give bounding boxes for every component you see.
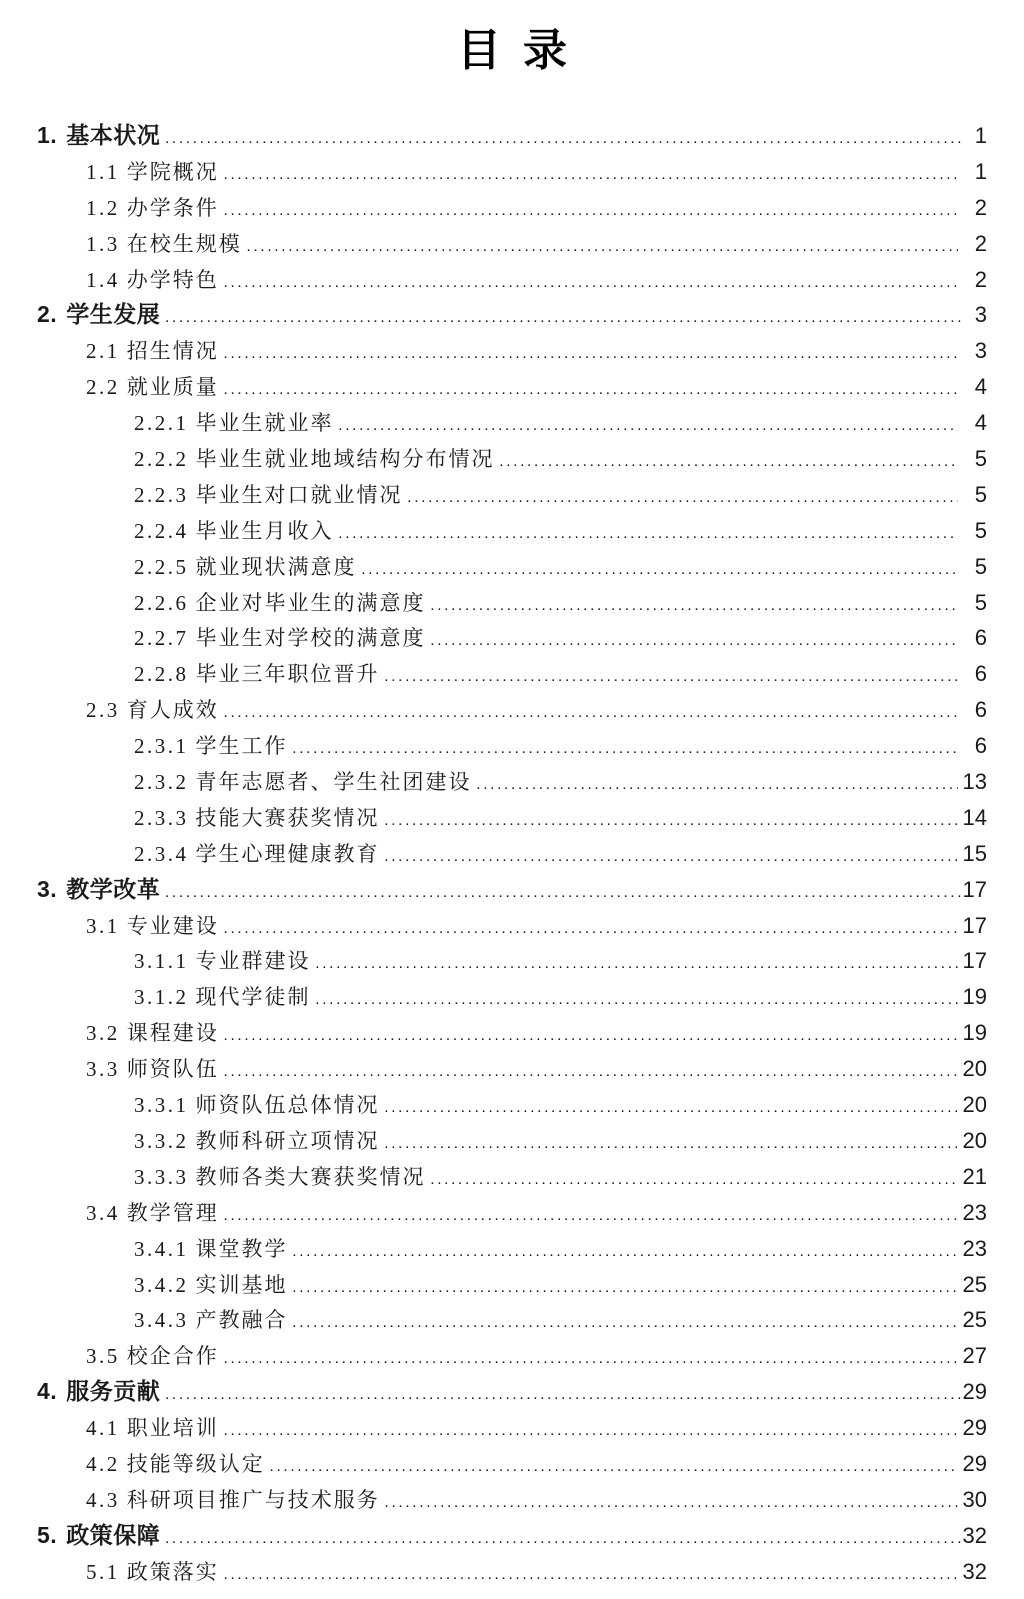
toc-entry-number: 3.3 bbox=[86, 1052, 120, 1088]
toc-entry[interactable]: 2.1 招生情况 3 bbox=[37, 333, 987, 369]
toc-entry[interactable]: 2.2.1 毕业生就业率 4 bbox=[37, 405, 987, 441]
dot-leader bbox=[165, 122, 962, 158]
toc-entry[interactable]: 5. 政策保障 32 bbox=[37, 1518, 987, 1554]
toc-entry[interactable]: 3.4.3 产教融合 25 bbox=[37, 1302, 987, 1338]
dot-leader bbox=[165, 876, 961, 912]
dot-leader bbox=[293, 1235, 958, 1271]
toc-entry-title: 毕业三年职位晋升 bbox=[196, 657, 380, 693]
toc-entry[interactable]: 2.3.3 技能大赛获奖情况 14 bbox=[37, 800, 987, 836]
dot-leader bbox=[431, 624, 959, 660]
dot-leader bbox=[431, 1163, 958, 1199]
toc-entry-page: 5 bbox=[963, 441, 987, 477]
toc-entry-title: 育人成效 bbox=[127, 693, 219, 729]
toc-entry-title: 毕业生月收入 bbox=[196, 514, 334, 550]
toc-entry-title: 毕业生对学校的满意度 bbox=[196, 621, 426, 657]
dot-leader bbox=[408, 481, 959, 517]
dot-leader bbox=[316, 983, 958, 1019]
toc-entry[interactable]: 3.2 课程建设 19 bbox=[37, 1015, 987, 1051]
toc-entry-number: 2.3.1 bbox=[134, 729, 189, 765]
toc-entry-number: 4. bbox=[37, 1374, 57, 1410]
toc-entry[interactable]: 4.2 技能等级认定 29 bbox=[37, 1446, 987, 1482]
document-page: { "title": "目 录", "colors": { "backgroun… bbox=[0, 0, 1024, 1599]
toc-entry-title: 学生工作 bbox=[196, 729, 288, 765]
dot-leader bbox=[224, 158, 958, 194]
toc-entry-number: 1.4 bbox=[86, 263, 120, 299]
toc-entry-title: 校企合作 bbox=[127, 1339, 219, 1375]
toc-entry[interactable]: 2.2 就业质量 4 bbox=[37, 369, 987, 405]
dot-leader bbox=[385, 804, 958, 840]
toc-entry-number: 2.2.6 bbox=[134, 586, 189, 622]
dot-leader bbox=[293, 1271, 958, 1307]
toc-entry[interactable]: 1. 基本状况 1 bbox=[37, 118, 987, 154]
toc-entry-title: 政策落实 bbox=[127, 1555, 219, 1591]
toc-entry-page: 6 bbox=[963, 620, 987, 656]
dot-leader bbox=[224, 1558, 958, 1594]
toc-entry-number: 2.2.8 bbox=[134, 657, 189, 693]
dot-leader bbox=[224, 373, 958, 409]
dot-leader bbox=[293, 1306, 958, 1342]
toc-entry-page: 3 bbox=[963, 297, 987, 333]
toc-entry[interactable]: 2. 学生发展 3 bbox=[37, 297, 987, 333]
toc-entry-page: 32 bbox=[963, 1554, 987, 1590]
toc-entry-title: 课程建设 bbox=[127, 1016, 219, 1052]
toc-entry-page: 25 bbox=[963, 1267, 987, 1303]
toc-entry[interactable]: 3.4.1 课堂教学 23 bbox=[37, 1231, 987, 1267]
toc-entry-page: 19 bbox=[963, 979, 987, 1015]
toc-entry[interactable]: 3.3.2 教师科研立项情况 20 bbox=[37, 1123, 987, 1159]
toc-entry-page: 6 bbox=[963, 728, 987, 764]
toc-entry-title: 就业现状满意度 bbox=[196, 550, 357, 586]
toc-entry[interactable]: 3.1 专业建设 17 bbox=[37, 908, 987, 944]
dot-leader bbox=[224, 337, 958, 373]
toc-entry-page: 2 bbox=[963, 226, 987, 262]
toc-entry-number: 2.3.4 bbox=[134, 837, 189, 873]
toc-entry-number: 3. bbox=[37, 872, 57, 908]
dot-leader bbox=[431, 589, 959, 625]
toc-entry-page: 14 bbox=[963, 800, 987, 836]
dot-leader bbox=[224, 266, 958, 302]
toc-entry-page: 5 bbox=[963, 513, 987, 549]
toc-entry-title: 专业群建设 bbox=[196, 944, 311, 980]
toc-entry-title: 实训基地 bbox=[196, 1268, 288, 1304]
toc-entry[interactable]: 3.4 教学管理 23 bbox=[37, 1195, 987, 1231]
dot-leader bbox=[293, 732, 959, 768]
toc-entry-page: 20 bbox=[963, 1123, 987, 1159]
toc-entry[interactable]: 3.5 校企合作 27 bbox=[37, 1338, 987, 1374]
toc-entry-title: 企业对毕业生的满意度 bbox=[196, 586, 426, 622]
dot-leader bbox=[224, 194, 958, 230]
toc-entry-number: 3.1.2 bbox=[134, 980, 189, 1016]
toc-entry-number: 2.2.7 bbox=[134, 621, 189, 657]
dot-leader bbox=[224, 1342, 958, 1378]
toc-list: 1. 基本状况 1 1.1 学院概况 1 1.2 办学条件 2 1.3 在校生规… bbox=[37, 118, 987, 1590]
toc-entry-page: 27 bbox=[963, 1338, 987, 1374]
toc-entry-number: 4.1 bbox=[86, 1411, 120, 1447]
toc-entry-title: 教学管理 bbox=[127, 1196, 219, 1232]
toc-entry-page: 32 bbox=[963, 1518, 987, 1554]
toc-entry-title: 产教融合 bbox=[196, 1303, 288, 1339]
toc-entry[interactable]: 4. 服务贡献 29 bbox=[37, 1374, 987, 1410]
toc-entry-title: 办学条件 bbox=[127, 191, 219, 227]
toc-entry-page: 29 bbox=[963, 1374, 987, 1410]
toc-entry-page: 6 bbox=[963, 656, 987, 692]
toc-entry-title: 学生发展 bbox=[66, 297, 160, 333]
toc-entry-number: 1.3 bbox=[86, 227, 120, 263]
dot-leader bbox=[224, 912, 958, 948]
toc-entry-title: 专业建设 bbox=[127, 909, 219, 945]
toc-entry[interactable]: 4.3 科研项目推广与技术服务 30 bbox=[37, 1482, 987, 1518]
toc-entry-page: 29 bbox=[963, 1446, 987, 1482]
toc-entry[interactable]: 2.2.3 毕业生对口就业情况 5 bbox=[37, 477, 987, 513]
page-title: 目 录 bbox=[37, 22, 987, 80]
toc-entry[interactable]: 2.2.7 毕业生对学校的满意度 6 bbox=[37, 620, 987, 656]
toc-entry-number: 1.1 bbox=[86, 155, 120, 191]
toc-entry-page: 5 bbox=[963, 477, 987, 513]
toc-entry[interactable]: 1.2 办学条件 2 bbox=[37, 190, 987, 226]
toc-entry-page: 6 bbox=[963, 692, 987, 728]
dot-leader bbox=[385, 660, 959, 696]
toc-entry-title: 毕业生就业率 bbox=[196, 406, 334, 442]
toc-entry[interactable]: 3. 教学改革 17 bbox=[37, 872, 987, 908]
toc-entry-number: 3.4.3 bbox=[134, 1303, 189, 1339]
toc-entry-number: 2.3.2 bbox=[134, 765, 189, 801]
toc-entry-page: 3 bbox=[963, 333, 987, 369]
toc-page: 目 录 1. 基本状况 1 1.1 学院概况 1 1.2 办学条件 2 1.3 … bbox=[0, 0, 1024, 1599]
toc-entry-title: 招生情况 bbox=[127, 334, 219, 370]
toc-entry[interactable]: 2.2.4 毕业生月收入 5 bbox=[37, 513, 987, 549]
toc-entry-title: 科研项目推广与技术服务 bbox=[127, 1483, 380, 1519]
dot-leader bbox=[247, 230, 958, 266]
toc-entry-number: 2.2 bbox=[86, 370, 120, 406]
toc-entry-page: 30 bbox=[963, 1482, 987, 1518]
dot-leader bbox=[362, 553, 959, 589]
toc-entry-page: 1 bbox=[963, 154, 987, 190]
toc-entry-number: 3.4.2 bbox=[134, 1268, 189, 1304]
toc-entry-title: 课堂教学 bbox=[196, 1232, 288, 1268]
dot-leader bbox=[224, 1414, 958, 1450]
toc-entry-page: 19 bbox=[963, 1015, 987, 1051]
toc-entry[interactable]: 2.3.1 学生工作 6 bbox=[37, 728, 987, 764]
dot-leader bbox=[385, 1486, 958, 1522]
toc-entry-title: 就业质量 bbox=[127, 370, 219, 406]
toc-entry-page: 21 bbox=[963, 1159, 987, 1195]
toc-entry[interactable]: 5.1 政策落实 32 bbox=[37, 1554, 987, 1590]
toc-entry[interactable]: 3.4.2 实训基地 25 bbox=[37, 1267, 987, 1303]
toc-entry[interactable]: 3.1.1 专业群建设 17 bbox=[37, 943, 987, 979]
toc-entry-number: 3.4 bbox=[86, 1196, 120, 1232]
toc-entry-page: 23 bbox=[963, 1195, 987, 1231]
dot-leader bbox=[500, 445, 959, 481]
toc-entry-title: 现代学徒制 bbox=[196, 980, 311, 1016]
toc-entry[interactable]: 2.2.2 毕业生就业地域结构分布情况 5 bbox=[37, 441, 987, 477]
toc-entry[interactable]: 3.3.3 教师各类大赛获奖情况 21 bbox=[37, 1159, 987, 1195]
toc-entry[interactable]: 2.2.5 就业现状满意度 5 bbox=[37, 549, 987, 585]
toc-entry-page: 17 bbox=[963, 943, 987, 979]
toc-entry-page: 5 bbox=[963, 585, 987, 621]
toc-entry-title: 教学改革 bbox=[66, 872, 160, 908]
toc-entry[interactable]: 2.3.4 学生心理健康教育 15 bbox=[37, 836, 987, 872]
toc-entry-number: 3.1 bbox=[86, 909, 120, 945]
toc-entry-number: 2.2.1 bbox=[134, 406, 189, 442]
toc-entry-title: 职业培训 bbox=[127, 1411, 219, 1447]
toc-entry-title: 师资队伍总体情况 bbox=[196, 1088, 380, 1124]
dot-leader bbox=[477, 768, 958, 804]
toc-entry-page: 25 bbox=[963, 1302, 987, 1338]
toc-entry-page: 23 bbox=[963, 1231, 987, 1267]
toc-entry-number: 3.3.3 bbox=[134, 1160, 189, 1196]
toc-entry[interactable]: 1.4 办学特色 2 bbox=[37, 262, 987, 298]
toc-entry[interactable]: 2.2.6 企业对毕业生的满意度 5 bbox=[37, 585, 987, 621]
dot-leader bbox=[339, 409, 959, 445]
toc-entry-title: 教师科研立项情况 bbox=[196, 1124, 380, 1160]
toc-entry-page: 17 bbox=[963, 872, 987, 908]
toc-entry-page: 4 bbox=[963, 405, 987, 441]
toc-entry-page: 5 bbox=[963, 549, 987, 585]
toc-entry-title: 政策保障 bbox=[66, 1518, 160, 1554]
toc-entry-title: 基本状况 bbox=[66, 118, 160, 154]
dot-leader bbox=[385, 1091, 958, 1127]
toc-entry[interactable]: 1.1 学院概况 1 bbox=[37, 154, 987, 190]
toc-entry[interactable]: 2.3 育人成效 6 bbox=[37, 692, 987, 728]
toc-entry-title: 师资队伍 bbox=[127, 1052, 219, 1088]
toc-entry-number: 3.2 bbox=[86, 1016, 120, 1052]
toc-entry-page: 29 bbox=[963, 1410, 987, 1446]
toc-entry-title: 毕业生对口就业情况 bbox=[196, 478, 403, 514]
toc-entry-number: 4.3 bbox=[86, 1483, 120, 1519]
toc-entry[interactable]: 4.1 职业培训 29 bbox=[37, 1410, 987, 1446]
dot-leader bbox=[316, 947, 958, 983]
toc-entry-number: 3.5 bbox=[86, 1339, 120, 1375]
toc-entry-page: 1 bbox=[963, 118, 987, 154]
dot-leader bbox=[270, 1450, 958, 1486]
toc-entry-number: 2.3.3 bbox=[134, 801, 189, 837]
toc-entry-number: 5.1 bbox=[86, 1555, 120, 1591]
dot-leader bbox=[385, 840, 958, 876]
toc-entry-number: 1. bbox=[37, 118, 57, 154]
toc-entry-number: 1.2 bbox=[86, 191, 120, 227]
toc-entry-number: 2.3 bbox=[86, 693, 120, 729]
toc-entry-number: 3.4.1 bbox=[134, 1232, 189, 1268]
toc-entry[interactable]: 3.1.2 现代学徒制 19 bbox=[37, 979, 987, 1015]
toc-entry-title: 服务贡献 bbox=[66, 1374, 160, 1410]
toc-entry-page: 13 bbox=[963, 764, 987, 800]
toc-entry-title: 毕业生就业地域结构分布情况 bbox=[196, 442, 495, 478]
toc-entry-title: 青年志愿者、学生社团建设 bbox=[196, 765, 472, 801]
toc-entry-page: 17 bbox=[963, 908, 987, 944]
toc-entry-title: 教师各类大赛获奖情况 bbox=[196, 1160, 426, 1196]
toc-entry-number: 3.1.1 bbox=[134, 944, 189, 980]
toc-entry-title: 在校生规模 bbox=[127, 227, 242, 263]
toc-entry-number: 3.3.2 bbox=[134, 1124, 189, 1160]
toc-entry-number: 2.1 bbox=[86, 334, 120, 370]
toc-entry-number: 5. bbox=[37, 1518, 57, 1554]
toc-entry-number: 2. bbox=[37, 297, 57, 333]
dot-leader bbox=[385, 1127, 958, 1163]
toc-entry-title: 学生心理健康教育 bbox=[196, 837, 380, 873]
toc-entry-page: 20 bbox=[963, 1051, 987, 1087]
toc-entry-page: 2 bbox=[963, 262, 987, 298]
toc-entry-page: 4 bbox=[963, 369, 987, 405]
toc-entry[interactable]: 3.3 师资队伍 20 bbox=[37, 1051, 987, 1087]
toc-entry-number: 2.2.2 bbox=[134, 442, 189, 478]
toc-entry[interactable]: 2.3.2 青年志愿者、学生社团建设 13 bbox=[37, 764, 987, 800]
toc-entry-page: 15 bbox=[963, 836, 987, 872]
toc-entry[interactable]: 3.3.1 师资队伍总体情况 20 bbox=[37, 1087, 987, 1123]
toc-entry-title: 学院概况 bbox=[127, 155, 219, 191]
toc-entry-title: 技能等级认定 bbox=[127, 1447, 265, 1483]
toc-entry[interactable]: 1.3 在校生规模 2 bbox=[37, 226, 987, 262]
toc-entry-title: 技能大赛获奖情况 bbox=[196, 801, 380, 837]
dot-leader bbox=[339, 517, 959, 553]
toc-entry-number: 2.2.4 bbox=[134, 514, 189, 550]
dot-leader bbox=[224, 1055, 958, 1091]
dot-leader bbox=[224, 1199, 958, 1235]
toc-entry-number: 2.2.3 bbox=[134, 478, 189, 514]
dot-leader bbox=[165, 301, 962, 337]
toc-entry-number: 3.3.1 bbox=[134, 1088, 189, 1124]
toc-entry-number: 2.2.5 bbox=[134, 550, 189, 586]
dot-leader bbox=[224, 696, 958, 732]
toc-entry-title: 办学特色 bbox=[127, 263, 219, 299]
dot-leader bbox=[165, 1378, 961, 1414]
toc-entry-page: 20 bbox=[963, 1087, 987, 1123]
toc-entry[interactable]: 2.2.8 毕业三年职位晋升 6 bbox=[37, 656, 987, 692]
toc-entry-page: 2 bbox=[963, 190, 987, 226]
dot-leader bbox=[224, 1019, 958, 1055]
dot-leader bbox=[165, 1522, 961, 1558]
toc-entry-number: 4.2 bbox=[86, 1447, 120, 1483]
